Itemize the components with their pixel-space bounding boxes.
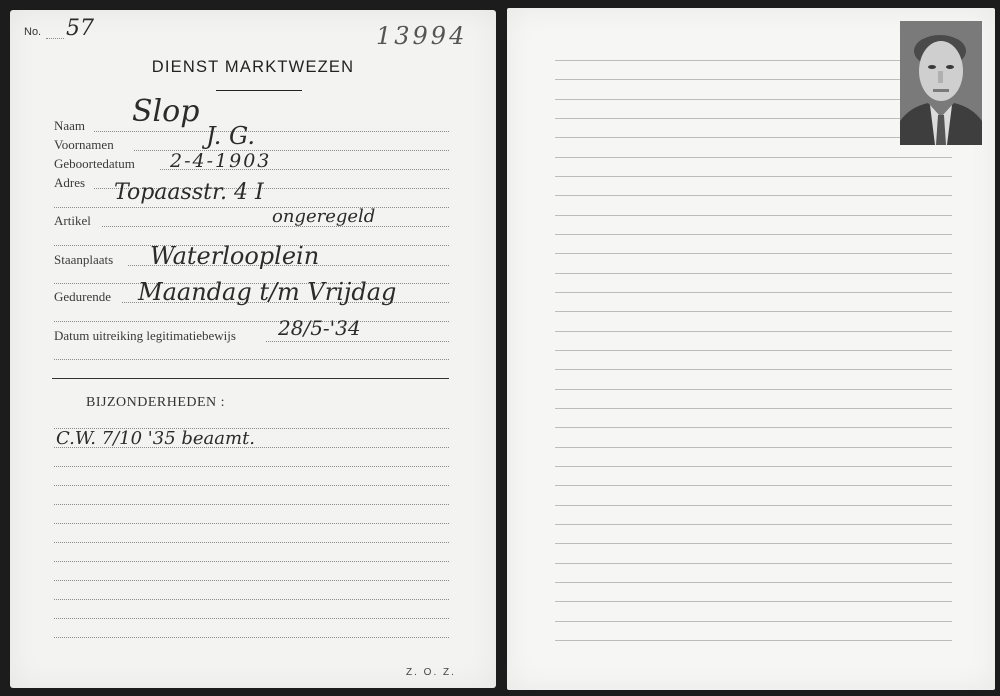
ruled-line — [555, 292, 952, 293]
value-gedurende: Maandag t/m Vrijdag — [138, 278, 396, 306]
ruled-line — [555, 157, 952, 158]
ruled-line — [555, 601, 952, 602]
ruled-line — [555, 447, 952, 448]
value-adres: Topaasstr. 4 I — [114, 180, 264, 205]
dotted-line — [54, 580, 449, 581]
label-naam: Naam — [54, 118, 85, 134]
value-staanplaats: Waterlooplein — [150, 242, 319, 270]
bijzonderheden-heading: BIJZONDERHEDEN : — [86, 395, 225, 411]
card-number-value: 57 — [66, 16, 94, 41]
ruled-line — [555, 234, 952, 235]
card-number-label: No. — [24, 26, 41, 38]
dotted-line — [54, 504, 449, 505]
label-datum-uitreiking: Datum uitreiking legitimatiebewijs — [54, 328, 236, 344]
dotted-line — [54, 637, 449, 638]
ruled-line — [555, 582, 952, 583]
ruled-line — [555, 331, 952, 332]
label-artikel: Artikel — [54, 213, 91, 229]
dotted-line — [54, 428, 449, 429]
ruled-line — [555, 350, 952, 351]
label-adres: Adres — [54, 175, 85, 191]
bijzonderheden-entry: C.W. 7/10 '35 beaamt. — [56, 428, 255, 449]
file-number: 13994 — [376, 22, 467, 50]
label-staanplaats: Staanplaats — [54, 252, 113, 268]
value-artikel: ongeregeld — [272, 206, 375, 227]
ruled-line — [555, 389, 952, 390]
ruled-line — [555, 621, 952, 622]
ruled-line — [555, 563, 952, 564]
dotted-line — [54, 447, 449, 448]
card-title: DIENST MARKTWEZEN — [10, 58, 496, 77]
value-voornamen: J. G. — [206, 122, 255, 150]
ruled-line — [555, 311, 952, 312]
ruled-line — [555, 195, 952, 196]
ruled-line — [555, 640, 952, 641]
dotted-line — [54, 599, 449, 600]
section-divider — [52, 378, 449, 379]
label-voornamen: Voornamen — [54, 137, 114, 153]
ruled-line — [555, 543, 952, 544]
dotted-line — [54, 466, 449, 467]
ruled-line — [555, 524, 952, 525]
dotted-line — [54, 207, 449, 208]
ruled-line — [555, 215, 952, 216]
label-gedurende: Gedurende — [54, 289, 111, 305]
value-geboortedatum: 2-4-1903 — [170, 150, 271, 172]
portrait-icon — [900, 21, 982, 145]
dotted-line — [54, 542, 449, 543]
ruled-line — [555, 99, 900, 100]
ruled-line — [555, 466, 952, 467]
dotted-line — [54, 321, 449, 322]
value-datum-uitreiking: 28/5-'34 — [278, 316, 361, 340]
dotted-line — [94, 131, 449, 132]
zie-ommezijde-footer: Z. O. Z. — [406, 667, 456, 678]
market-permit-card-back — [507, 8, 995, 690]
dotted-line — [54, 359, 449, 360]
dotted-line — [54, 561, 449, 562]
dotted-line — [54, 523, 449, 524]
ruled-line — [555, 408, 952, 409]
label-geboortedatum: Geboortedatum — [54, 156, 135, 172]
ruled-line — [555, 118, 900, 119]
dotted-line — [266, 341, 449, 342]
ruled-line — [555, 505, 952, 506]
ruled-line — [555, 485, 952, 486]
ruled-line — [555, 79, 900, 80]
portrait-photo — [900, 21, 982, 145]
ruled-line — [555, 427, 952, 428]
ruled-line — [555, 137, 900, 138]
market-permit-card-front: No. 57 13994 DIENST MARKTWEZEN Naam Slop… — [10, 10, 496, 688]
ruled-line — [555, 273, 952, 274]
ruled-line — [555, 176, 952, 177]
dotted-line — [54, 485, 449, 486]
ruled-line — [555, 60, 900, 61]
dotted-line — [54, 618, 449, 619]
ruled-line — [555, 253, 952, 254]
title-underline — [216, 90, 302, 91]
dotted-line — [46, 38, 64, 39]
ruled-line — [555, 369, 952, 370]
value-naam: Slop — [132, 94, 199, 129]
